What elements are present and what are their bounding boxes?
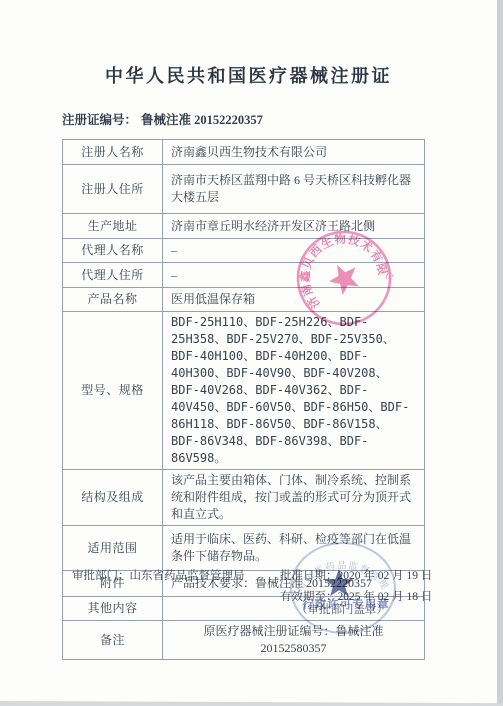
row-label: 型号、规格 bbox=[63, 312, 163, 470]
table-row: 产品名称 医用低温保存箱 bbox=[63, 288, 425, 312]
table-row: 生产地址 济南市章丘明水经济开发区济王路北侧 bbox=[63, 214, 425, 239]
certificate-number-label: 注册证编号： bbox=[62, 113, 137, 127]
row-value: 济南鑫贝西生物技术有限公司 bbox=[163, 140, 425, 165]
scan-edge-right bbox=[497, 0, 503, 706]
scan-edge-bottom bbox=[0, 701, 503, 706]
certificate-number-value: 鲁械注准 20152220357 bbox=[141, 113, 263, 127]
row-label: 结构及组成 bbox=[63, 470, 163, 526]
row-label: 产品名称 bbox=[63, 288, 163, 312]
row-value: 该产品主要由箱体、门体、制冷系统、控制系统和附件组成，按门或盖的形式可分为顶开式… bbox=[163, 470, 425, 526]
row-label: 其他内容 bbox=[63, 597, 163, 621]
row-label: 生产地址 bbox=[63, 214, 163, 239]
row-value: 医用低温保存箱 bbox=[163, 288, 425, 312]
row-label: 备注 bbox=[63, 621, 163, 660]
row-label: 代理人名称 bbox=[63, 239, 163, 263]
row-value: – bbox=[163, 263, 425, 288]
approval-department: 审批部门：山东省药品监督管理局 bbox=[72, 567, 245, 583]
row-label: 代理人住所 bbox=[63, 263, 163, 288]
table-row: 注册人住所 济南市天桥区蓝翔中路 6 号天桥区科技孵化器大楼五层 bbox=[63, 165, 425, 214]
page-title: 中华人民共和国医疗器械注册证 bbox=[0, 62, 497, 88]
row-label: 注册人住所 bbox=[63, 165, 163, 214]
row-value: 济南市章丘明水经济开发区济王路北侧 bbox=[163, 214, 425, 239]
table-row: 代理人名称 – bbox=[63, 239, 425, 263]
table-row: 备注 原医疗器械注册证编号：鲁械注准 20152580357 bbox=[63, 621, 425, 660]
row-value: – bbox=[163, 239, 425, 263]
row-value: 济南市天桥区蓝翔中路 6 号天桥区科技孵化器大楼五层 bbox=[163, 165, 425, 214]
table-row: 结构及组成 该产品主要由箱体、门体、制冷系统、控制系统和附件组成，按门或盖的形式… bbox=[63, 470, 425, 526]
row-label: 注册人名称 bbox=[63, 140, 163, 165]
approval-date: 批准日期：2020 年 02 月 19 日 bbox=[280, 567, 432, 583]
seal-note: （审批部门盖章） bbox=[296, 601, 388, 617]
row-label: 适用范围 bbox=[63, 526, 163, 571]
table-row: 型号、规格 BDF-25H110、BDF-25H226、BDF-25H358、B… bbox=[63, 312, 425, 470]
table-row: 注册人名称 济南鑫贝西生物技术有限公司 bbox=[63, 140, 425, 165]
table-row: 代理人住所 – bbox=[63, 263, 425, 288]
certificate-page: 中华人民共和国医疗器械注册证 注册证编号：鲁械注准 20152220357 注册… bbox=[0, 0, 503, 706]
row-value: 适用于临床、医药、科研、检疫等部门在低温条件下储存物品。 bbox=[163, 526, 425, 571]
row-value: 原医疗器械注册证编号：鲁械注准 20152580357 bbox=[163, 621, 425, 660]
certificate-number-line: 注册证编号：鲁械注准 20152220357 bbox=[62, 110, 263, 128]
table-row: 适用范围 适用于临床、医药、科研、检疫等部门在低温条件下储存物品。 bbox=[63, 526, 425, 571]
row-value-models: BDF-25H110、BDF-25H226、BDF-25H358、BDF-25V… bbox=[163, 312, 425, 470]
